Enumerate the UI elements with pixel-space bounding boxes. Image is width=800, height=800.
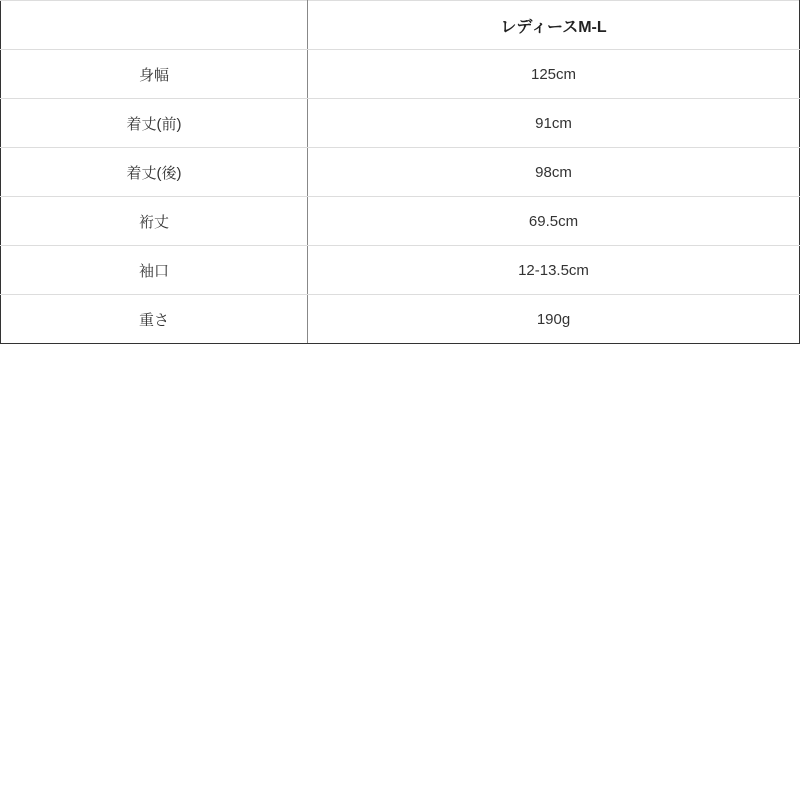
table-header-row: レディースM-L <box>1 1 800 50</box>
row-value-weight: 190g <box>308 295 800 344</box>
table-row: 重さ 190g <box>1 295 800 344</box>
row-value-length-back: 98cm <box>308 148 800 197</box>
row-value-length-front: 91cm <box>308 99 800 148</box>
table-row: 着丈(後) 98cm <box>1 148 800 197</box>
header-size-cell: レディースM-L <box>308 1 800 50</box>
row-label-length-front: 着丈(前) <box>1 99 308 148</box>
table-row: 袖口 12-13.5cm <box>1 246 800 295</box>
row-label-weight: 重さ <box>1 295 308 344</box>
size-chart-table: レディースM-L 身幅 125cm 着丈(前) 91cm 着丈(後) 98cm … <box>0 0 800 344</box>
row-value-cuff: 12-13.5cm <box>308 246 800 295</box>
row-label-sleeve-length: 裄丈 <box>1 197 308 246</box>
table-row: 裄丈 69.5cm <box>1 197 800 246</box>
header-label-cell <box>1 1 308 50</box>
row-value-sleeve-length: 69.5cm <box>308 197 800 246</box>
table-row: 着丈(前) 91cm <box>1 99 800 148</box>
row-label-length-back: 着丈(後) <box>1 148 308 197</box>
table-row: 身幅 125cm <box>1 50 800 99</box>
row-label-cuff: 袖口 <box>1 246 308 295</box>
row-value-body-width: 125cm <box>308 50 800 99</box>
row-label-body-width: 身幅 <box>1 50 308 99</box>
